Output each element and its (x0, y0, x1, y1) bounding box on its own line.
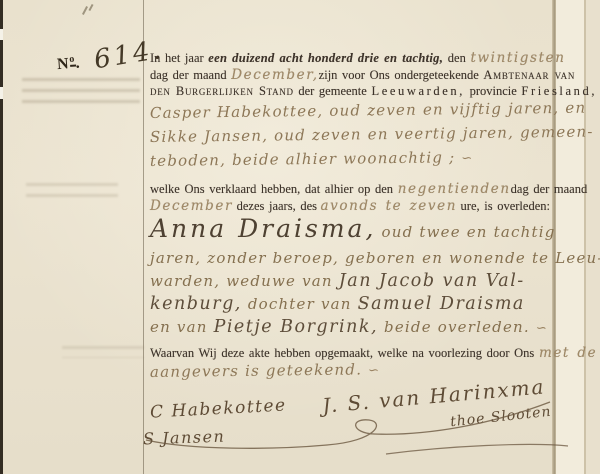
deceased-name: Anna Draisma, (150, 214, 376, 243)
statement-l2-time-handwritten: avonds te zeven (321, 198, 457, 214)
intro-l3-mid: der gemeente (298, 84, 366, 98)
signature-flourish-underline (386, 444, 568, 454)
deceased-line-1: Anna Draisma, oud twee en tachtig (150, 214, 550, 243)
deceased-l1-age: oud twee en tachtig (381, 223, 555, 241)
record-number-label: No. (56, 53, 81, 74)
statement-l2-end: ure, is overleden: (461, 199, 550, 214)
bleed-through-text (62, 346, 144, 358)
statement-l1-end: dag der maand (511, 182, 588, 197)
deceased-line-4: kenburg, dochter van Samuel Draisma (150, 294, 550, 314)
statement-line-2: December dezes jaars, des avonds te zeve… (150, 198, 550, 214)
statement-l2-mid: dezes jaars, des (237, 199, 317, 214)
deceased-father-name: Samuel Draisma (358, 294, 525, 314)
death-certificate-scan: No. 614. In het jaar een duizend acht ho… (0, 0, 600, 474)
bleed-through-text (26, 183, 118, 199)
signature-flourish-curve (146, 402, 550, 448)
no-period: . (75, 55, 81, 72)
statement-l1-day-handwritten: negentienden (398, 181, 511, 197)
declarant-line-2: Sikke Jansen, oud zeven en veertig jaren… (150, 123, 550, 146)
intro-l2-right: zijn voor Ons ondergeteekende Ambtenaar … (319, 68, 575, 83)
intro-l3-province-label: provincie (470, 84, 517, 98)
deceased-l3-pre: warden, weduwe van (150, 272, 333, 290)
intro-l1-den: den (448, 51, 466, 65)
pencil-mark (88, 4, 93, 11)
deceased-husband-name: Jan Jacob van Val- (339, 271, 525, 291)
scan-edge-left (0, 0, 3, 474)
bleed-through-text (22, 78, 140, 105)
statement-l1-left: welke Ons verklaard hebben, dat alhier o… (150, 181, 511, 197)
intro-l2-pre: dag der maand (150, 68, 227, 82)
ink-flourish: ∽ (536, 321, 548, 336)
intro-line-1: In het jaar een duizend acht honderd dri… (150, 50, 550, 66)
intro-l2-month-handwritten: December, (231, 67, 318, 83)
no-n: N (56, 55, 70, 73)
intro-l2-mid: zijn voor Ons ondergeteekende (319, 68, 479, 82)
intro-l1-year: een duizend acht honderd drie en tachtig… (208, 51, 443, 65)
statement-l2-month-handwritten: December (150, 198, 233, 214)
closing-printed: Waarvan Wij deze akte hebben opgemaakt, … (150, 346, 534, 360)
intro-l1-day-handwritten: twintigsten (470, 50, 565, 66)
declarant-line-1: Casper Habekottee, oud zeven en vijftig … (150, 99, 550, 122)
declarant-line-3: teboden, beide alhier woonachtig ; ∽ (150, 147, 550, 170)
intro-l2-left: dag der maand December, (150, 67, 319, 83)
intro-l3-registry: den Burgerlijken Stand (150, 84, 294, 98)
statement-l1-pre: welke Ons verklaard hebben, dat alhier o… (150, 182, 393, 196)
intro-l3-province: Friesland, (521, 84, 597, 98)
scan-edge-notch (0, 87, 3, 99)
signature-flourishes (130, 370, 590, 470)
statement-line-1: welke Ons verklaard hebben, dat alhier o… (150, 181, 550, 197)
ink-flourish: ∽ (461, 151, 473, 166)
deceased-line-2: jaren, zonder beroep, geboren en wonende… (150, 249, 550, 267)
intro-l3-municipality: Leeuwarden, (371, 84, 465, 98)
deceased-line-3: warden, weduwe van Jan Jacob van Val- (150, 271, 550, 291)
scan-edge-notch (0, 29, 3, 40)
intro-line-2: dag der maand December, zijn voor Ons on… (150, 67, 550, 83)
intro-l2-official-title: Ambtenaar van (483, 68, 575, 82)
pencil-mark (82, 6, 88, 15)
deceased-line-5: en van Pietje Borgrink, beide overleden.… (150, 317, 550, 337)
intro-l1-pre: In het jaar (150, 51, 204, 65)
deceased-l5-end: beide overleden. (384, 318, 530, 336)
deceased-mother-name: Pietje Borgrink, (214, 317, 378, 337)
intro-line-3: den Burgerlijken Stand der gemeente Leeu… (150, 84, 550, 99)
deceased-l5-pre: en van (150, 318, 208, 336)
declarant-l3-text: teboden, beide alhier woonachtig ; (150, 148, 456, 170)
deceased-l4-mid: dochter van (248, 295, 352, 313)
deceased-husband-name-cont: kenburg, (150, 294, 242, 314)
